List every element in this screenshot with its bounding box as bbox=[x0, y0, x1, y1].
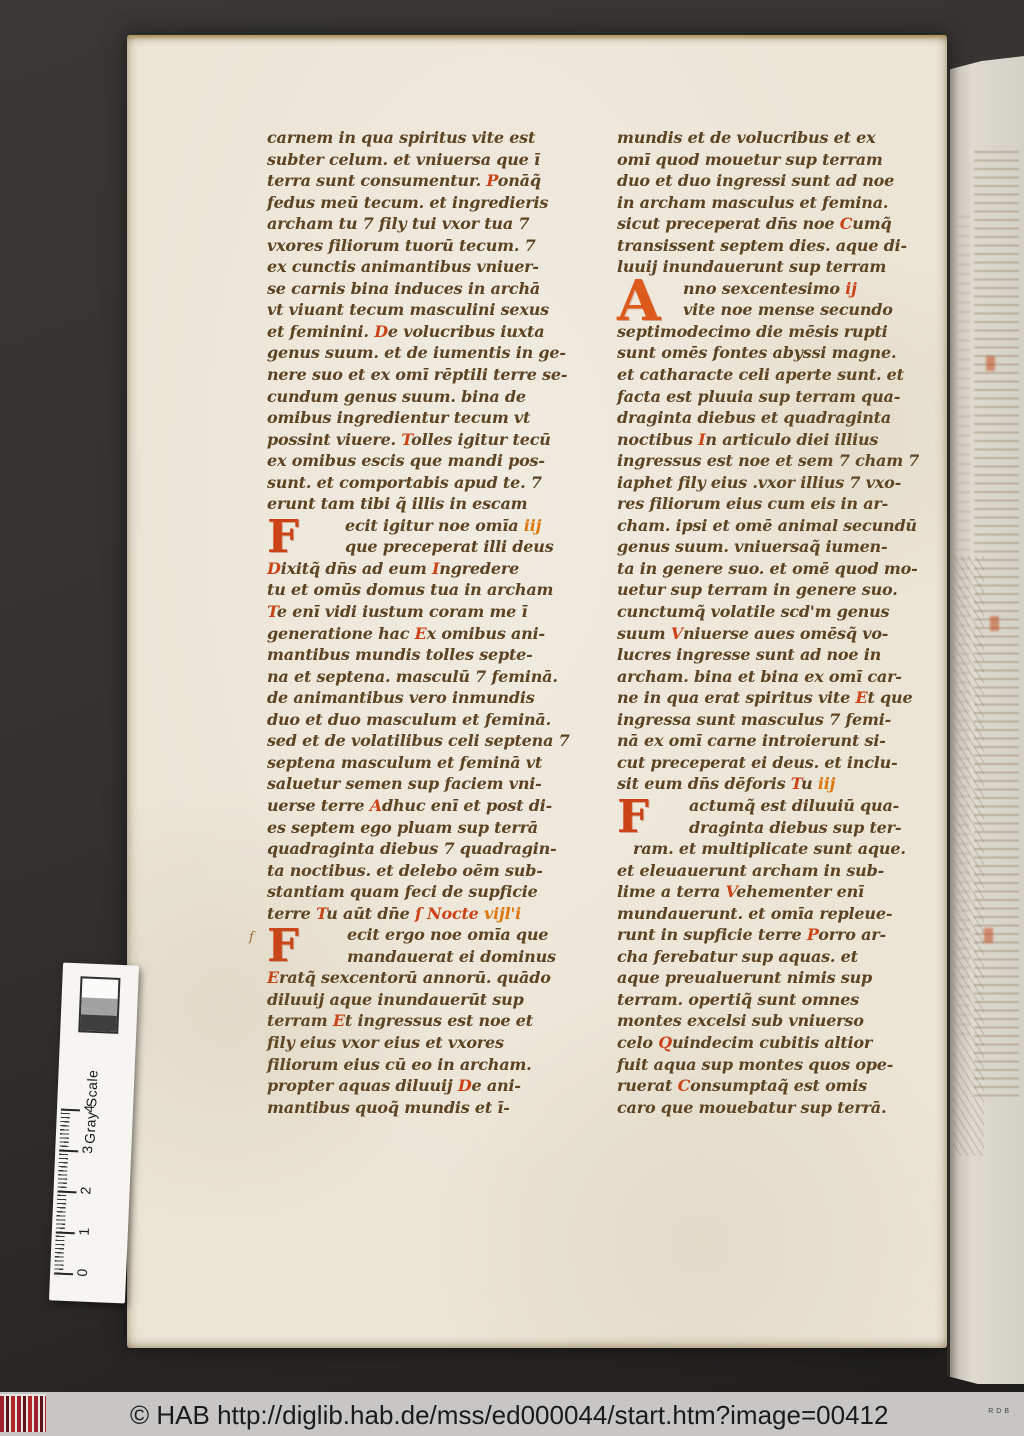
manuscript-line: mandauerat ei dominus bbox=[267, 946, 603, 968]
manuscript-line: aque preualuerunt nimis sup bbox=[617, 967, 953, 989]
manuscript-line: Ffecit ergo noe omīa que bbox=[267, 924, 603, 946]
book-edge bbox=[947, 56, 1024, 1384]
guide-letter: f bbox=[249, 927, 254, 949]
gray-scale-card: Gray Scale 43210 bbox=[49, 963, 139, 1304]
manuscript-line: fily eius vxor eius et vxores bbox=[267, 1032, 603, 1054]
manuscript-column-right: mundis et de volucribus et exomī quod mo… bbox=[617, 127, 953, 1118]
manuscript-line: montes excelsi sub vniuerso bbox=[617, 1010, 953, 1032]
manuscript-line: tu et omūs domus tua in archam bbox=[267, 579, 603, 601]
corner-mark: RDB bbox=[988, 1408, 1012, 1415]
manuscript-line: runt in supficie terre Porro ar- bbox=[617, 924, 953, 946]
manuscript-line: terram Et ingressus est noe et bbox=[267, 1010, 603, 1032]
manuscript-line: caro que mouebatur sup terrā. bbox=[617, 1097, 953, 1119]
manuscript-line: genus suum. vniuersaq̃ iumen- bbox=[617, 536, 953, 558]
manuscript-line: generatione hac Ex omibus ani- bbox=[267, 623, 603, 645]
manuscript-line: Te enī vidi iustum coram me ī bbox=[267, 601, 603, 623]
bleed-red-initial bbox=[986, 356, 995, 371]
ruler-number: 3 bbox=[79, 1145, 95, 1153]
manuscript-line: duo et duo ingressi sunt ad noe bbox=[617, 170, 953, 192]
manuscript-line: mundauerunt. et omīa repleue- bbox=[617, 903, 953, 925]
manuscript-line: na et septena. masculū 7 feminā. bbox=[267, 666, 603, 688]
manuscript-line: terra sunt consumentur. Ponāq̃ bbox=[267, 170, 603, 192]
manuscript-line: et feminini. De volucribus iuxta bbox=[267, 321, 603, 343]
manuscript-line: ex omibus escis que mandi pos- bbox=[267, 450, 603, 472]
manuscript-line: sunt omēs fontes abyssi magne. bbox=[617, 342, 953, 364]
manuscript-line: duo et duo masculum et feminā. bbox=[267, 709, 603, 731]
manuscript-line: ingressus est noe et sem 7 cham 7 bbox=[617, 450, 953, 472]
ruler-number: 1 bbox=[76, 1227, 92, 1235]
manuscript-line: filiorum eius cū eo in archam. bbox=[267, 1054, 603, 1076]
manuscript-line: de animantibus vero inmundis bbox=[267, 687, 603, 709]
manuscript-line: propter aquas diluuij De ani- bbox=[267, 1075, 603, 1097]
manuscript-line: ruerat Consumptaq̃ est omis bbox=[617, 1075, 953, 1097]
page-edge-hatch bbox=[953, 556, 984, 1156]
manuscript-line: archam tu 7 fily tui vxor tua 7 bbox=[267, 213, 603, 235]
manuscript-line: omī quod mouetur sup terram bbox=[617, 149, 953, 171]
manuscript-line: cut preceperat ei deus. et inclu- bbox=[617, 752, 953, 774]
manuscript-line: vt viuant tecum masculini sexus bbox=[267, 299, 603, 321]
manuscript-line: ne in qua erat spiritus vite Et que bbox=[617, 687, 953, 709]
manuscript-line: transissent septem dies. aque di- bbox=[617, 235, 953, 257]
manuscript-line: Eratq̃ sexcentorū annorū. quādo bbox=[267, 967, 603, 989]
manuscript-line: Dixitq̃ dn̄s ad eum Ingredere bbox=[267, 558, 603, 580]
manuscript-line: stantiam quam feci de supficie bbox=[267, 881, 603, 903]
manuscript-line: mantibus quoq̃ mundis et ī- bbox=[267, 1097, 603, 1119]
manuscript-line: celo Quindecim cubitis altior bbox=[617, 1032, 953, 1054]
manuscript-line: quadraginta diebus 7 quadragin- bbox=[267, 838, 603, 860]
manuscript-line: es septem ego pluam sup terrā bbox=[267, 817, 603, 839]
manuscript-line: septena masculum et feminā vt bbox=[267, 752, 603, 774]
manuscript-line: ta noctibus. et delebo oēm sub- bbox=[267, 860, 603, 882]
manuscript-line: res filiorum eius cum eis in ar- bbox=[617, 493, 953, 515]
manuscript-line: iaphet fily eius .vxor illius 7 vxo- bbox=[617, 472, 953, 494]
manuscript-line: vite noe mense secundo bbox=[617, 299, 953, 321]
manuscript-line: ingressa sunt masculus 7 femi- bbox=[617, 709, 953, 731]
manuscript-line: suum Vniuerse aues omēsq̃ vo- bbox=[617, 623, 953, 645]
manuscript-line: ram. et multiplicate sunt aque. bbox=[617, 838, 953, 860]
manuscript-line: Fecit igitur noe omīa iij bbox=[267, 515, 603, 537]
manuscript-line: vxores filiorum tuorū tecum. 7 bbox=[267, 235, 603, 257]
manuscript-line: sit eum dn̄s dēforis Tu iij bbox=[617, 773, 953, 795]
manuscript-line: nā ex omī carne introierunt si- bbox=[617, 730, 953, 752]
manuscript-line: draginta diebus et quadraginta bbox=[617, 407, 953, 429]
bleed-red-initial bbox=[984, 928, 993, 943]
manuscript-line: draginta diebus sup ter- bbox=[617, 817, 953, 839]
bleed-red-initial bbox=[990, 616, 999, 631]
manuscript-line: noctibus In articulo diei illius bbox=[617, 429, 953, 451]
ruler-number: 4 bbox=[81, 1105, 97, 1113]
manuscript-line: cunctumq̃ volatile scd'm genus bbox=[617, 601, 953, 623]
manuscript-line: Factumq̃ est diluuiū qua- bbox=[617, 795, 953, 817]
manuscript-line: sunt. et comportabis apud te. 7 bbox=[267, 472, 603, 494]
caption-text: © HAB http://diglib.hab.de/mss/ed000044/… bbox=[130, 1392, 888, 1436]
manuscript-line: Anno sexcentesimo ij bbox=[617, 278, 953, 300]
manuscript-line: fuit aqua sup montes quos ope- bbox=[617, 1054, 953, 1076]
photo-backdrop: { "colors":{ "parchment":"#ebe5d6", "ink… bbox=[0, 0, 1024, 1436]
manuscript-line: omibus ingredientur tecum vt bbox=[267, 407, 603, 429]
manuscript-line: et catharacte celi aperte sunt. et bbox=[617, 364, 953, 386]
manuscript-page: carnem in qua spiritus vite estsubter ce… bbox=[127, 35, 947, 1348]
manuscript-line: lime a terra Vehementer enī bbox=[617, 881, 953, 903]
manuscript-line: se carnis bina induces in archā bbox=[267, 278, 603, 300]
manuscript-line: cham. ipsi et omē animal secundū bbox=[617, 515, 953, 537]
manuscript-line: erunt tam tibi q̃ illis in escam bbox=[267, 493, 603, 515]
manuscript-line: lucres ingresse sunt ad noe in bbox=[617, 644, 953, 666]
manuscript-line: mundis et de volucribus et ex bbox=[617, 127, 953, 149]
manuscript-line: terre Tu aūt dn̄e ſ Nocte vijl'i bbox=[267, 903, 603, 925]
manuscript-line: et eleuauerunt archam in sub- bbox=[617, 860, 953, 882]
manuscript-line: luuij inundauerunt sup terram bbox=[617, 256, 953, 278]
manuscript-line: saluetur semen sup faciem vni- bbox=[267, 773, 603, 795]
ruler-number: 2 bbox=[77, 1186, 93, 1194]
manuscript-line: mantibus mundis tolles septe- bbox=[267, 644, 603, 666]
manuscript-line: fedus meū tecum. et ingredieris bbox=[267, 192, 603, 214]
manuscript-line: sicut preceperat dn̄s noe Cumq̃ bbox=[617, 213, 953, 235]
gray-calibration-patch bbox=[78, 976, 120, 1034]
manuscript-column-left: carnem in qua spiritus vite estsubter ce… bbox=[267, 127, 603, 1118]
manuscript-line: uetur sup terram in genere suo. bbox=[617, 579, 953, 601]
manuscript-line: ta in genere suo. et omē quod mo- bbox=[617, 558, 953, 580]
manuscript-line: sed et de volatilibus celi septena 7 bbox=[267, 730, 603, 752]
gray-scale-ruler: 43210 bbox=[54, 1109, 127, 1284]
caption-bar: © HAB http://diglib.hab.de/mss/ed000044/… bbox=[0, 1392, 1024, 1436]
manuscript-line: in archam masculus et femina. bbox=[617, 192, 953, 214]
color-calibration-stripes bbox=[0, 1396, 46, 1432]
manuscript-line: que preceperat illi deus bbox=[267, 536, 603, 558]
manuscript-line: septimodecimo die mēsis rupti bbox=[617, 321, 953, 343]
manuscript-line: ex cunctis animantibus vniuer- bbox=[267, 256, 603, 278]
manuscript-line: nere suo et ex omī rēptili terre se- bbox=[267, 364, 603, 386]
ruler-number: 0 bbox=[74, 1268, 90, 1276]
manuscript-line: cundum genus suum. bina de bbox=[267, 386, 603, 408]
manuscript-line: possint viuere. Tolles igitur tecū bbox=[267, 429, 603, 451]
manuscript-line: terram. opertiq̃ sunt omnes bbox=[617, 989, 953, 1011]
manuscript-line: diluuij aque inundauerūt sup bbox=[267, 989, 603, 1011]
manuscript-line: facta est pluuia sup terram qua- bbox=[617, 386, 953, 408]
manuscript-line: cha ferebatur sup aquas. et bbox=[617, 946, 953, 968]
manuscript-line: archam. bina et bina ex omī car- bbox=[617, 666, 953, 688]
manuscript-line: carnem in qua spiritus vite est bbox=[267, 127, 603, 149]
manuscript-line: subter celum. et vniuersa que ī bbox=[267, 149, 603, 171]
manuscript-line: genus suum. et de iumentis in ge- bbox=[267, 342, 603, 364]
manuscript-line: uerse terre Adhuc enī et post di- bbox=[267, 795, 603, 817]
